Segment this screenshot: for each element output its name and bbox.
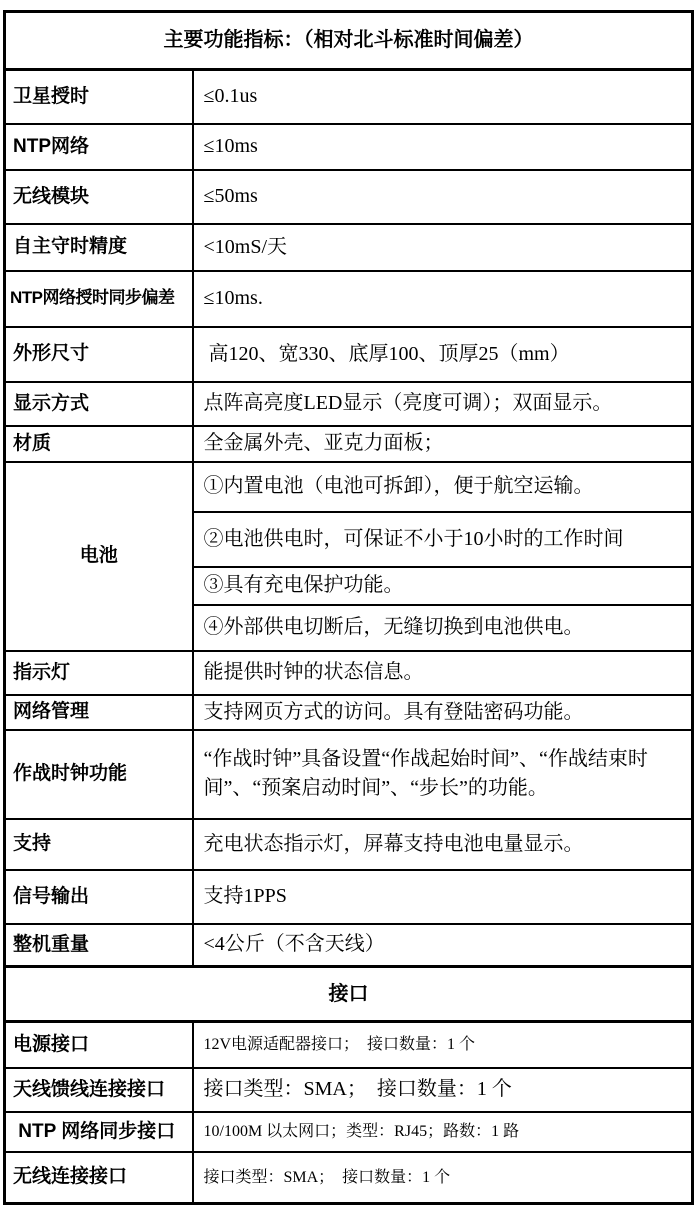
spec-label: NTP网络: [5, 124, 193, 170]
spec-value: <10mS/天: [193, 224, 693, 271]
spec-label: 网络管理: [5, 695, 193, 730]
row-weight: 整机重量 <4公斤（不含天线）: [5, 924, 693, 967]
spec-label: 自主守时精度: [5, 224, 193, 271]
row-holdover-accuracy: 自主守时精度 <10mS/天: [5, 224, 693, 271]
table-title: 主要功能指标：（相对北斗标准时间偏差）: [5, 12, 693, 70]
spec-value: ④外部供电切断后，无缝切换到电池供电。: [193, 605, 693, 651]
row-material: 材质 全金属外壳、亚克力面板；: [5, 426, 693, 462]
spec-label: 电源接口: [5, 1022, 193, 1068]
spec-value: 能提供时钟的状态信息。: [193, 651, 693, 695]
spec-value: 接口类型：SMA； 接口数量：1 个: [193, 1152, 693, 1204]
spec-value: ≤50ms: [193, 170, 693, 224]
spec-label: 材质: [5, 426, 193, 462]
row-ntp-sync-offset: NTP网络授时同步偏差 ≤10ms.: [5, 271, 693, 327]
row-battery-1: 电池 ①内置电池（电池可拆卸），便于航空运输。: [5, 462, 693, 512]
spec-value: 接口类型：SMA； 接口数量：1 个: [193, 1068, 693, 1112]
spec-label: 信号输出: [5, 870, 193, 924]
spec-value: ②电池供电时，可保证不小于10小时的工作时间: [193, 512, 693, 567]
spec-value: <4公斤（不含天线）: [193, 924, 693, 967]
spec-value: ≤10ms.: [193, 271, 693, 327]
row-ntp-sync-port: NTP 网络同步接口 10/100M 以太网口；类型：RJ45；路数：1 路: [5, 1112, 693, 1152]
spec-value: 全金属外壳、亚克力面板；: [193, 426, 693, 462]
spec-label: 无线连接接口: [5, 1152, 193, 1204]
spec-value: ①内置电池（电池可拆卸），便于航空运输。: [193, 462, 693, 512]
table-row: 主要功能指标：（相对北斗标准时间偏差）: [5, 12, 693, 70]
row-ntp-network: NTP网络 ≤10ms: [5, 124, 693, 170]
row-dimensions: 外形尺寸 高120、宽330、底厚100、顶厚25（mm）: [5, 327, 693, 382]
row-network-management: 网络管理 支持网页方式的访问。具有登陆密码功能。: [5, 695, 693, 730]
spec-label: NTP 网络同步接口: [5, 1112, 193, 1152]
row-support: 支持 充电状态指示灯，屏幕支持电池电量显示。: [5, 819, 693, 870]
row-signal-output: 信号输出 支持1PPS: [5, 870, 693, 924]
row-satellite-timing: 卫星授时 ≤0.1us: [5, 70, 693, 124]
spec-value: 充电状态指示灯，屏幕支持电池电量显示。: [193, 819, 693, 870]
row-indicator-light: 指示灯 能提供时钟的状态信息。: [5, 651, 693, 695]
spec-label-battery: 电池: [5, 462, 193, 651]
row-antenna-feeder-port: 天线馈线连接接口 接口类型：SMA； 接口数量：1 个: [5, 1068, 693, 1112]
row-combat-clock: 作战时钟功能 “作战时钟”具备设置“作战起始时间”、“作战结束时间”、“预案启动…: [5, 730, 693, 819]
spec-label: 整机重量: [5, 924, 193, 967]
row-display-mode: 显示方式 点阵高亮度LED显示（亮度可调）；双面显示。: [5, 382, 693, 426]
table-row: 接口: [5, 967, 693, 1022]
spec-label: NTP网络授时同步偏差: [5, 271, 193, 327]
spec-value: 高120、宽330、底厚100、顶厚25（mm）: [193, 327, 693, 382]
spec-value: 支持1PPS: [193, 870, 693, 924]
spec-value: “作战时钟”具备设置“作战起始时间”、“作战结束时间”、“预案启动时间”、“步长…: [193, 730, 693, 819]
spec-value: 支持网页方式的访问。具有登陆密码功能。: [193, 695, 693, 730]
spec-label: 天线馈线连接接口: [5, 1068, 193, 1112]
spec-label: 支持: [5, 819, 193, 870]
row-wireless-module: 无线模块 ≤50ms: [5, 170, 693, 224]
spec-value: 12V电源适配器接口； 接口数量：1 个: [193, 1022, 693, 1068]
spec-value: 点阵高亮度LED显示（亮度可调）；双面显示。: [193, 382, 693, 426]
spec-label: 显示方式: [5, 382, 193, 426]
spec-value: ≤10ms: [193, 124, 693, 170]
spec-label: 无线模块: [5, 170, 193, 224]
spec-label: 指示灯: [5, 651, 193, 695]
row-wireless-port: 无线连接接口 接口类型：SMA； 接口数量：1 个: [5, 1152, 693, 1204]
spec-value: 10/100M 以太网口；类型：RJ45；路数：1 路: [193, 1112, 693, 1152]
spec-value: ≤0.1us: [193, 70, 693, 124]
interfaces-section-title: 接口: [5, 967, 693, 1022]
row-power-port: 电源接口 12V电源适配器接口； 接口数量：1 个: [5, 1022, 693, 1068]
spec-label: 卫星授时: [5, 70, 193, 124]
spec-table: 主要功能指标：（相对北斗标准时间偏差） 卫星授时 ≤0.1us NTP网络 ≤1…: [3, 10, 694, 1205]
spec-label: 外形尺寸: [5, 327, 193, 382]
spec-value: ③具有充电保护功能。: [193, 567, 693, 605]
spec-label: 作战时钟功能: [5, 730, 193, 819]
